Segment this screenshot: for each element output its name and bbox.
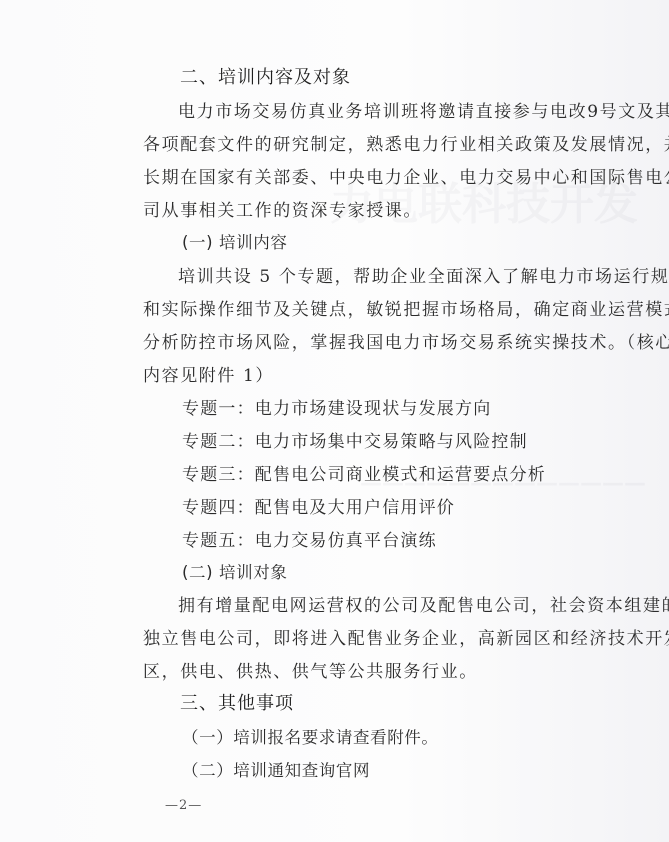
page-number: —2— (165, 798, 202, 813)
topic-item: 专题二：电力市场集中交易策略与风险控制 (182, 430, 528, 454)
other-matters-item: （一）培训报名要求请查看附件。 (182, 726, 439, 750)
document-page: 力电联科技开发 ————————————— 二、培训内容及对象 电力市场交易仿真… (0, 0, 669, 842)
topic-item: 专题四：配售电及大用户信用评价 (182, 496, 455, 520)
other-matters-item: （二）培训通知查询官网 (182, 759, 370, 783)
paragraph-line: 拥有增量配电网运营权的公司及配售电公司，社会资本组建的 (178, 594, 669, 618)
topic-item: 专题一：电力市场建设现状与发展方向 (182, 397, 491, 421)
paragraph-line: 分析防控市场风险，掌握我国电力市场交易系统实操技术。（核心 (143, 331, 669, 355)
paragraph-line: 独立售电公司，即将进入配售业务企业，高新园区和经济技术开发 (143, 627, 669, 651)
subheading-training-audience: (二) 培训对象 (182, 561, 287, 585)
paragraph-line: 区，供电、供热、供气等公共服务行业。 (143, 660, 478, 684)
paragraph-line: 司从事相关工作的资深专家授课。 (143, 199, 422, 223)
paragraph-line: 各项配套文件的研究制定，熟悉电力行业相关政策及发展情况，并 (143, 133, 669, 157)
subheading-training-content: (一) 培训内容 (182, 231, 287, 255)
paragraph-line: 长期在国家有关部委、中央电力企业、电力交易中心和国际售电公 (143, 166, 669, 190)
paragraph-line: 培训共设 5 个专题，帮助企业全面深入了解电力市场运行规律 (178, 265, 669, 289)
paragraph-line: 电力市场交易仿真业务培训班将邀请直接参与电改9号文及其 (178, 100, 669, 124)
section-heading-training-content-and-audience: 二、培训内容及对象 (180, 66, 351, 90)
paragraph-line: 和实际操作细节及关键点，敏锐把握市场格局，确定商业运营模式， (143, 298, 669, 322)
section-heading-other-matters: 三、其他事项 (180, 692, 294, 716)
paragraph-line: 内容见附件 1） (143, 364, 274, 388)
topic-item: 专题三：配售电公司商业模式和运营要点分析 (182, 463, 546, 487)
topic-item: 专题五：电力交易仿真平台演练 (182, 529, 437, 553)
